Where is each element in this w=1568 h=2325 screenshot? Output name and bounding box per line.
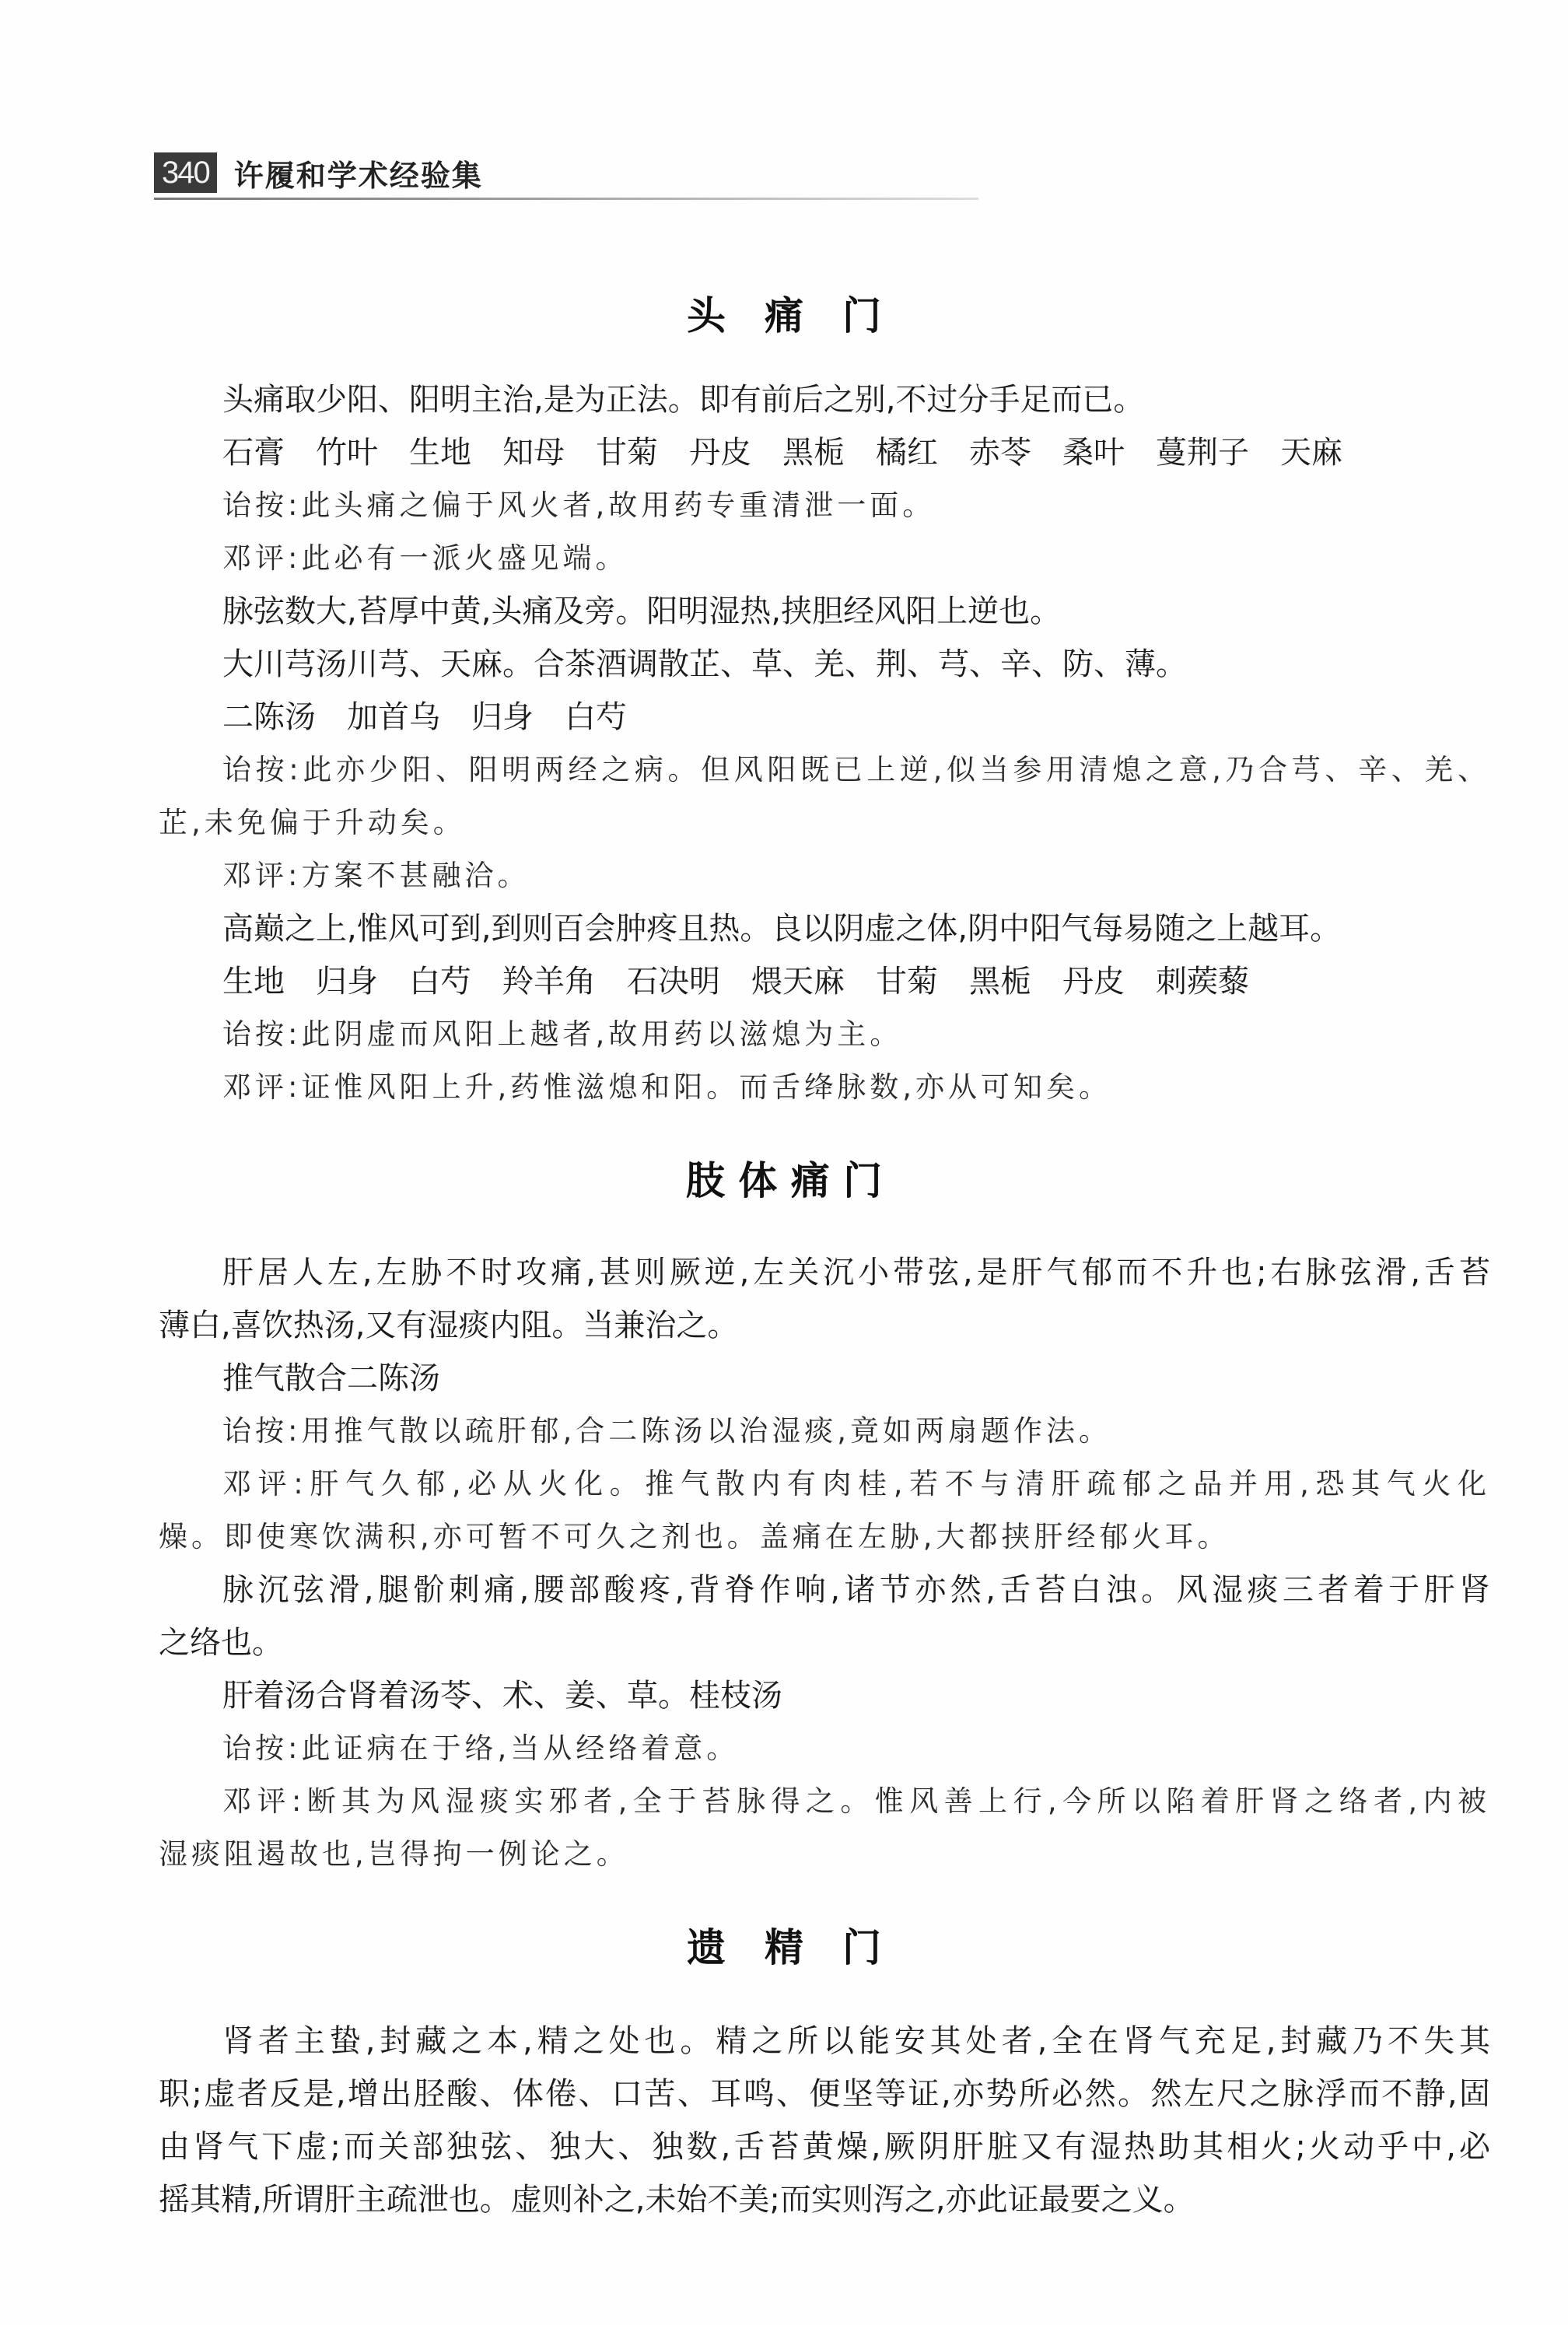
commentary-yi-cont: 芷,未免偏于升动矣。 [159,804,466,842]
book-title: 许履和学术经验集 [234,152,483,194]
paragraph-line: 肝居人左,左胁不时攻痛,甚则厥逆,左关沉小带弦,是肝气郁而不升也;右脉弦滑,舌苔 [222,1254,1490,1291]
commentary-yi: 诒按:用推气散以疏肝郁,合二陈汤以治湿痰,竟如两扇题作法。 [222,1413,1111,1450]
paragraph-line-cont: 薄白,喜饮热汤,又有湿痰内阻。当兼治之。 [159,1307,738,1344]
commentary-deng: 邓评:方案不甚融洽。 [222,857,530,895]
paragraph-line: 头痛取少阳、阳明主治,是为正法。即有前后之别,不过分手足而已。 [222,381,1144,418]
commentary-deng: 邓评:证惟风阳上升,药惟滋熄和阳。而舌绛脉数,亦从可知矣。 [222,1069,1111,1106]
case-line: 脉沉弦滑,腿骱刺痛,腰部酸疼,背脊作响,诸节亦然,舌苔白浊。风湿痰三者着于肝肾 [222,1571,1490,1609]
case-line: 脉弦数大,苔厚中黄,头痛及旁。阳明湿热,挟胆经风阳上逆也。 [222,593,1061,630]
section-title-spermatorrhea: 遗 精 门 [0,1917,1568,1973]
section-title-limb-pain: 肢 体 痛 门 [0,1150,1568,1206]
case-line: 高巅之上,惟风可到,到则百会肿疼且热。良以阴虚之体,阴中阳气每易随之上越耳。 [222,910,1341,947]
section-title-headache: 头 痛 门 [0,285,1568,341]
formula-line: 肝着汤合肾着汤苓、术、姜、草。桂枝汤 [222,1677,782,1714]
paragraph-line-cont: 摇其精,所谓肝主疏泄也。虚则补之,未始不美;而实则泻之,亦此证最要之义。 [159,2181,1195,2218]
commentary-deng-cont: 燥。即使寒饮满积,亦可暂不可久之剂也。盖痛在左胁,大都挟肝经郁火耳。 [159,1518,1230,1556]
herb-list: 石膏 竹叶 生地 知母 甘菊 丹皮 黑栀 橘红 赤苓 桑叶 蔓荆子 天麻 [222,434,1342,471]
formula-line: 推气散合二陈汤 [222,1360,440,1397]
commentary-yi: 诒按:此阴虚而风阳上越者,故用药以滋熄为主。 [222,1016,902,1053]
running-header: 340 许履和学术经验集 [154,152,483,193]
page-number: 340 [154,152,217,193]
paragraph-line-cont: 职;虚者反是,增出胫酸、体倦、口苦、耳鸣、便坚等证,亦势所必然。然左尺之脉浮而不… [159,2075,1490,2113]
formula-line: 大川芎汤川芎、天麻。合茶酒调散芷、草、羌、荆、芎、辛、防、薄。 [222,646,1187,683]
case-line-cont: 之络也。 [159,1624,283,1661]
commentary-yi: 诒按:此亦少阳、阳明两经之病。但风阳既已上逆,似当参用清熄之意,乃合芎、辛、羌、 [222,751,1490,789]
commentary-yi: 诒按:此证病在于络,当从经络着意。 [222,1730,739,1767]
book-page: 340 许履和学术经验集 头 痛 门 头痛取少阳、阳明主治,是为正法。即有前后之… [0,0,1568,2325]
herb-list: 生地 归身 白芍 羚羊角 石决明 煨天麻 甘菊 黑栀 丹皮 刺蒺藜 [222,963,1249,1000]
header-rule [154,198,978,200]
commentary-yi: 诒按:此头痛之偏于风火者,故用药专重清泄一面。 [222,487,935,524]
commentary-deng: 邓评:断其为风湿痰实邪者,全于苔脉得之。惟风善上行,今所以陷着肝肾之络者,内被 [222,1783,1490,1820]
herb-list: 二陈汤 加首乌 归身 白芍 [222,699,627,736]
commentary-deng-cont: 湿痰阻遏故也,岂得拘一例论之。 [159,1836,629,1873]
paragraph-line: 肾者主蛰,封藏之本,精之处也。精之所以能安其处者,全在肾气充足,封藏乃不失其 [222,2022,1490,2060]
paragraph-line-cont: 由肾气下虚;而关部独弦、独大、独数,舌苔黄燥,厥阴肝脏又有湿热助其相火;火动乎中… [159,2128,1490,2166]
commentary-deng: 邓评:此必有一派火盛见端。 [222,540,628,577]
commentary-deng: 邓评:肝气久郁,必从火化。推气散内有肉桂,若不与清肝疏郁之品并用,恐其气火化 [222,1465,1490,1503]
